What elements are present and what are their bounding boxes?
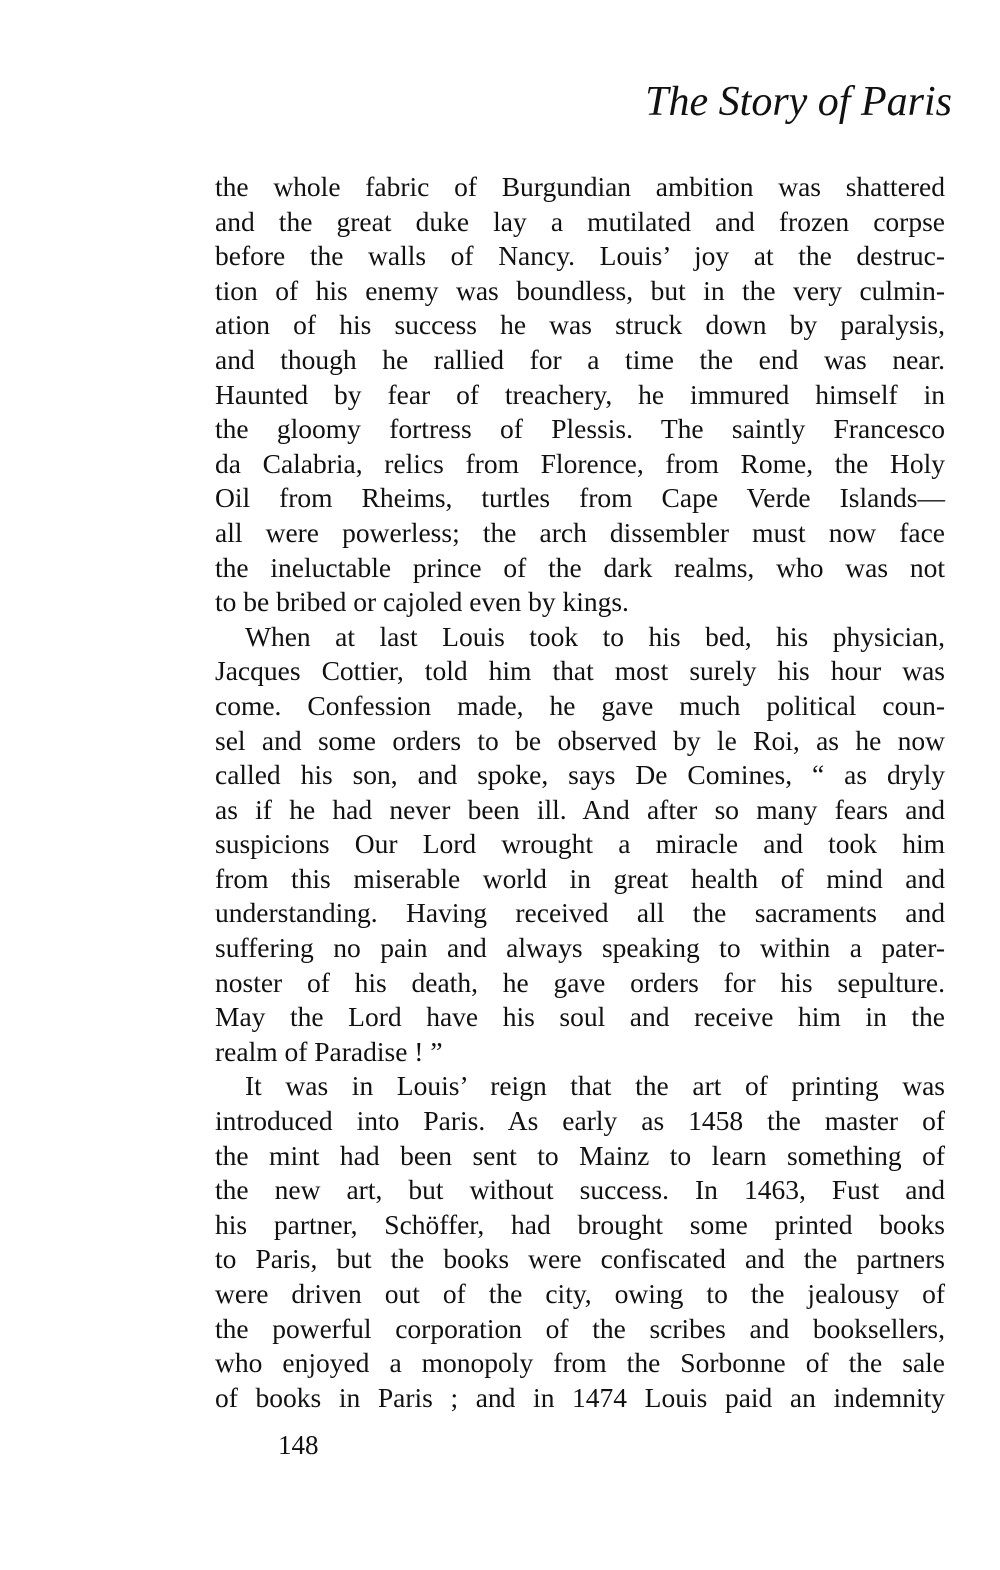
text-line: his partner, Schöffer, had brought some … <box>215 1208 945 1243</box>
text-line: the mint had been sent to Mainz to learn… <box>215 1139 945 1174</box>
text-line: noster of his death, he gave orders for … <box>215 966 945 1001</box>
text-line: Oil from Rheims, turtles from Cape Verde… <box>215 481 945 516</box>
text-line: the gloomy fortress of Plessis. The sain… <box>215 412 945 447</box>
text-line: the whole fabric of Burgundian ambition … <box>215 170 945 205</box>
text-line: When at last Louis took to his bed, his … <box>215 620 945 655</box>
text-line: who enjoyed a monopoly from the Sorbonne… <box>215 1346 945 1381</box>
page-number: 148 <box>278 1430 319 1461</box>
body-text: the whole fabric of Burgundian ambition … <box>215 170 945 1415</box>
text-line: to be bribed or cajoled even by kings. <box>215 585 945 620</box>
text-line: were driven out of the city, owing to th… <box>215 1277 945 1312</box>
text-line: It was in Louis’ reign that the art of p… <box>215 1069 945 1104</box>
text-line: from this miserable world in great healt… <box>215 862 945 897</box>
text-line: and the great duke lay a mutilated and f… <box>215 205 945 240</box>
text-line: da Calabria, relics from Florence, from … <box>215 447 945 482</box>
text-line: before the walls of Nancy. Louis’ joy at… <box>215 239 945 274</box>
text-line: suffering no pain and always speaking to… <box>215 931 945 966</box>
text-line: May the Lord have his soul and receive h… <box>215 1000 945 1035</box>
running-header: The Story of Paris <box>645 78 952 126</box>
text-line: come. Confession made, he gave much poli… <box>215 689 945 724</box>
text-line: all were powerless; the arch dissembler … <box>215 516 945 551</box>
text-line: as if he had never been ill. And after s… <box>215 793 945 828</box>
text-line: realm of Paradise ! ” <box>215 1035 945 1070</box>
text-line: Jacques Cottier, told him that most sure… <box>215 654 945 689</box>
text-line: introduced into Paris. As early as 1458 … <box>215 1104 945 1139</box>
text-line: to Paris, but the books were confiscated… <box>215 1242 945 1277</box>
text-line: Haunted by fear of treachery, he immured… <box>215 378 945 413</box>
text-line: and though he rallied for a time the end… <box>215 343 945 378</box>
text-line: the powerful corporation of the scribes … <box>215 1312 945 1347</box>
text-line: understanding. Having received all the s… <box>215 896 945 931</box>
text-line: the ineluctable prince of the dark realm… <box>215 551 945 586</box>
text-line: sel and some orders to be observed by le… <box>215 724 945 759</box>
text-line: suspicions Our Lord wrought a miracle an… <box>215 827 945 862</box>
text-line: of books in Paris ; and in 1474 Louis pa… <box>215 1381 945 1416</box>
text-line: ation of his success he was struck down … <box>215 308 945 343</box>
text-line: tion of his enemy was boundless, but in … <box>215 274 945 309</box>
text-line: called his son, and spoke, says De Comin… <box>215 758 945 793</box>
text-line: the new art, but without success. In 146… <box>215 1173 945 1208</box>
